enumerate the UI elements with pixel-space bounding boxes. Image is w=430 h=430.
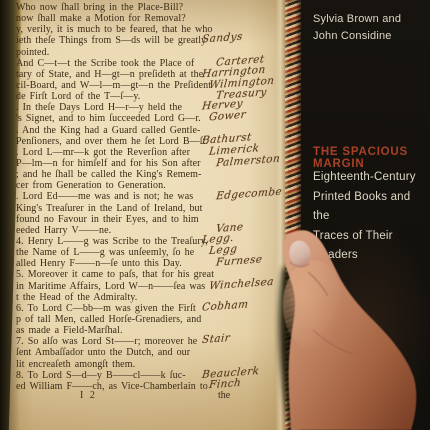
printed-text: t the Head of the Admiralty. [16,292,137,303]
printed-text: eeded Harry V——ne. [16,225,111,236]
book-page: Who now ſhall bring in the Place-Bill?no… [0,0,285,430]
signature-mark: I 2 [80,390,97,401]
page-line: de Firſt Lord of the T—ſ—y.Treasury [16,91,284,102]
page-line: in Maritime Affairs, Lord W—n——ſea wasWi… [16,281,284,292]
printed-text: 's Signet, and to him ſucceeded Lord G—r… [16,113,201,124]
catchword: the [218,390,230,401]
book-cover-photo: Who now ſhall bring in the Place-Bill?no… [0,0,430,430]
page-line: as made a Field-Marſhal. [16,325,284,336]
printed-text: ; and he ſhall be called the King's Reme… [16,169,201,180]
printed-text: 5. Moreover it came to paſs, that for hi… [16,269,214,280]
printed-text: And C—t—t the Scribe took the Place of [16,58,194,69]
marginalia-note: Stair [201,333,230,346]
printed-text: . And the King had a Guard called Gentle… [16,125,200,136]
page-line: alled Henry F——n—ſe unto this Day.Furnes… [16,258,284,269]
marginalia-note: Edgecombe [215,187,282,203]
marginalia-note: Cobham [201,299,249,313]
marginalia-note: Gower [208,110,246,124]
page-line: 8. To Lord S—d—y B——cl——k ſuc-Beauclerk [16,370,284,381]
printed-text: P—lm—n for himſelf and for his Son after [16,158,201,169]
printed-text: 8. To Lord S—d—y B——cl——k ſuc- [16,370,186,381]
printed-text: 4. Henry L——g was Scribe to the Treaſury… [16,236,208,247]
printed-text: ſent Ambaſſador unto the Dutch, and our [16,347,190,358]
page-line: 's Signet, and to him ſucceeded Lord G—r… [16,113,284,124]
printed-text: de Firſt Lord of the T—ſ—y. [16,91,140,102]
printed-text: ieth theſe Things from S—ds will be grea… [16,35,206,46]
printed-text: Who now ſhall bring in the Place-Bill? [16,2,183,13]
printed-text: cil-Board, and W—l—m—gt—n the Preſident [16,80,211,91]
printed-text: . Lord L—mr—k got the Reverſion after [16,147,190,158]
printed-text: tary of State, and H—gt—n preſideth at t… [16,69,203,80]
printed-text: cer from Generation to Generation. [16,180,166,191]
page-footer: I 2 the [16,390,266,404]
thumb-highlight [283,260,343,350]
printed-text: found no Favour in their Eyes, and to hi… [16,214,199,225]
page-line: 7. So alſo was Lord St——r; moreover heSt… [16,336,284,347]
marginalia-note: Sandys [201,32,243,46]
page-line: . Lord Ed——me was and is not; he wasEdge… [16,191,284,202]
page-line: P—lm—n for himſelf and for his Son after… [16,158,284,169]
printed-text: as made a Field-Marſhal. [16,325,123,336]
page-line: ieth theſe Things from S—ds will be grea… [16,35,284,46]
subtitle-line-1: Eighteenth-Century [313,168,430,188]
printed-text: lit encreaſeth amongſt them. [16,359,135,370]
author-line-2: John Considine [313,28,401,45]
page-text-block: Who now ſhall bring in the Place-Bill?no… [16,2,284,392]
page-line: King's Treaſurer in the Land of Ireland,… [16,203,284,214]
page-line: 4. Henry L——g was Scribe to the Treaſury… [16,236,284,247]
printed-text: . In theſe Days Lord H—r—y held the [16,102,182,113]
printed-text: y, verily, it is much to be feared, that… [16,24,213,35]
author-line-1: Sylvia Brown and [313,11,401,28]
page-line: eeded Harry V——ne.Vane [16,225,284,236]
page-line: ; and he ſhall be called the King's Reme… [16,169,284,180]
printed-text: pointed. [16,47,49,58]
marginalia-note: Palmerston [215,154,280,170]
page-line: y, verily, it is much to be feared, that… [16,24,284,35]
page-line: p of tall Men, called Horſe-Grenadiers, … [16,314,284,325]
printed-text: p of tall Men, called Horſe-Grenadiers, … [16,314,201,325]
printed-text: the Name of L——g was unſeemly, ſo he [16,247,194,258]
author-names: Sylvia Brown and John Considine [313,11,401,45]
hand-thumb-photo [253,210,430,430]
printed-text: . Lord Ed——me was and is not; he was [16,191,193,202]
printed-text: Penſioners, and over them he ſet Lord B—… [16,136,208,147]
printed-text: King's Treaſurer in the Land of Ireland,… [16,203,203,214]
page-line: 6. To Lord C—bb—m was given the FirſtCob… [16,303,284,314]
printed-text: 6. To Lord C—bb—m was given the Firſt [16,303,196,314]
page-line: now ſhall make a Motion for Removal? [16,13,284,24]
printed-text: alled Henry F——n—ſe unto this Day. [16,258,182,269]
page-line: ſent Ambaſſador unto the Dutch, and our [16,347,284,358]
printed-text: in Maritime Affairs, Lord W—n——ſea was [16,281,205,292]
book-title: THE SPACIOUS MARGIN [313,146,430,170]
printed-text: now ſhall make a Motion for Removal? [16,13,186,24]
page-line: Who now ſhall bring in the Place-Bill? [16,2,284,13]
printed-text: 7. So alſo was Lord St——r; moreover he [16,336,197,347]
marginalia-note: Finch [208,378,241,391]
